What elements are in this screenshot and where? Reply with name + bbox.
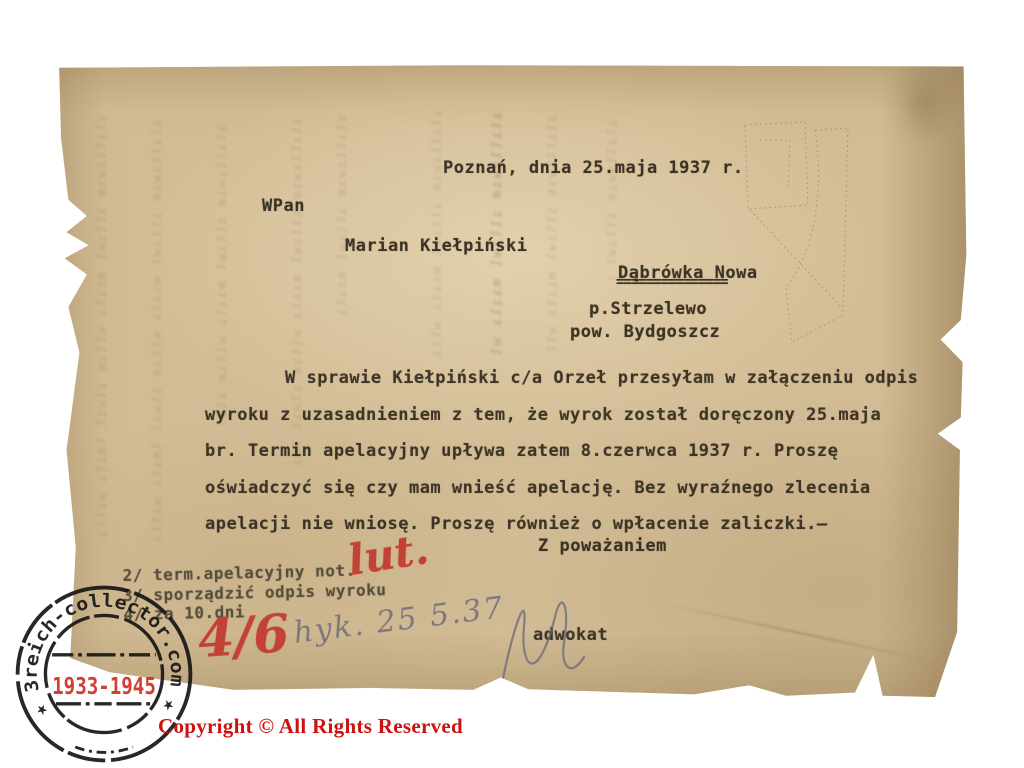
ghost-text-column: ılıllıwım ıllıwl mıılı wllım ılwıl lmılı… bbox=[335, 115, 349, 325]
paper-stain bbox=[870, 60, 960, 170]
collector-stamp: ★ 3reich-collector.com ★ 1933-1945 bbox=[8, 578, 200, 768]
salutation: WPan bbox=[262, 196, 305, 216]
ghost-text-column: ılıllıwım ıllıwl mıılı wllım ılwıl lmılı… bbox=[150, 120, 164, 540]
body-line: oświadczyć się czy mam wnieść apelację. … bbox=[205, 470, 918, 507]
stamp-years: 1933-1945 bbox=[52, 674, 156, 700]
body-line: wyroku z uzasadnieniem z tem, że wyrok z… bbox=[205, 397, 918, 434]
ghost-text-column: ılıllıwım ıllıwl mıılı wllım ılwıl lmılı… bbox=[490, 112, 505, 357]
address-typed-underline: =============== bbox=[616, 274, 727, 290]
address-district: pow. Bydgoszcz bbox=[570, 322, 720, 342]
pencil-sketch bbox=[730, 110, 880, 370]
red-ink-fraction: 4/6 bbox=[196, 603, 291, 670]
signature-flourish bbox=[480, 565, 590, 715]
body-line: W sprawie Kiełpiński c/a Orzeł przesyłam… bbox=[205, 360, 918, 397]
ghost-text-column: ılıllıwım ıllıwl mıılı wllım ılwıl lmılı… bbox=[95, 115, 109, 545]
ghost-text-column: ılıllıwım ıllıwl mıılı wllım ılwıl lmılı… bbox=[545, 115, 559, 350]
body-line: br. Termin apelacyjny upływa zatem 8.cze… bbox=[205, 433, 918, 470]
copyright-notice: Copyright © All Rights Reserved bbox=[158, 714, 463, 739]
dateline: Poznań, dnia 25.maja 1937 r. bbox=[443, 158, 744, 178]
ghost-text-column: ılıllıwım ıllıwl mıılı wllım ılwıl lmılı… bbox=[430, 110, 444, 360]
letter-body: W sprawie Kiełpiński c/a Orzeł przesyłam… bbox=[205, 360, 918, 543]
recipient-name: Marian Kiełpiński bbox=[345, 236, 528, 256]
closing-salutation: Z poważaniem bbox=[538, 536, 667, 556]
ghost-text-column: ılıllıwım ıllıwl mıılı wllım ılwıl lmılı… bbox=[605, 120, 619, 280]
address-post-office: p.Strzelewo bbox=[589, 299, 707, 319]
paper-crease bbox=[653, 601, 947, 665]
stamp-bottom-arc bbox=[75, 747, 133, 752]
scanned-document-page: ılıllıwım ıllıwl mıılı wllım ılwıl lmılı… bbox=[0, 0, 1024, 768]
